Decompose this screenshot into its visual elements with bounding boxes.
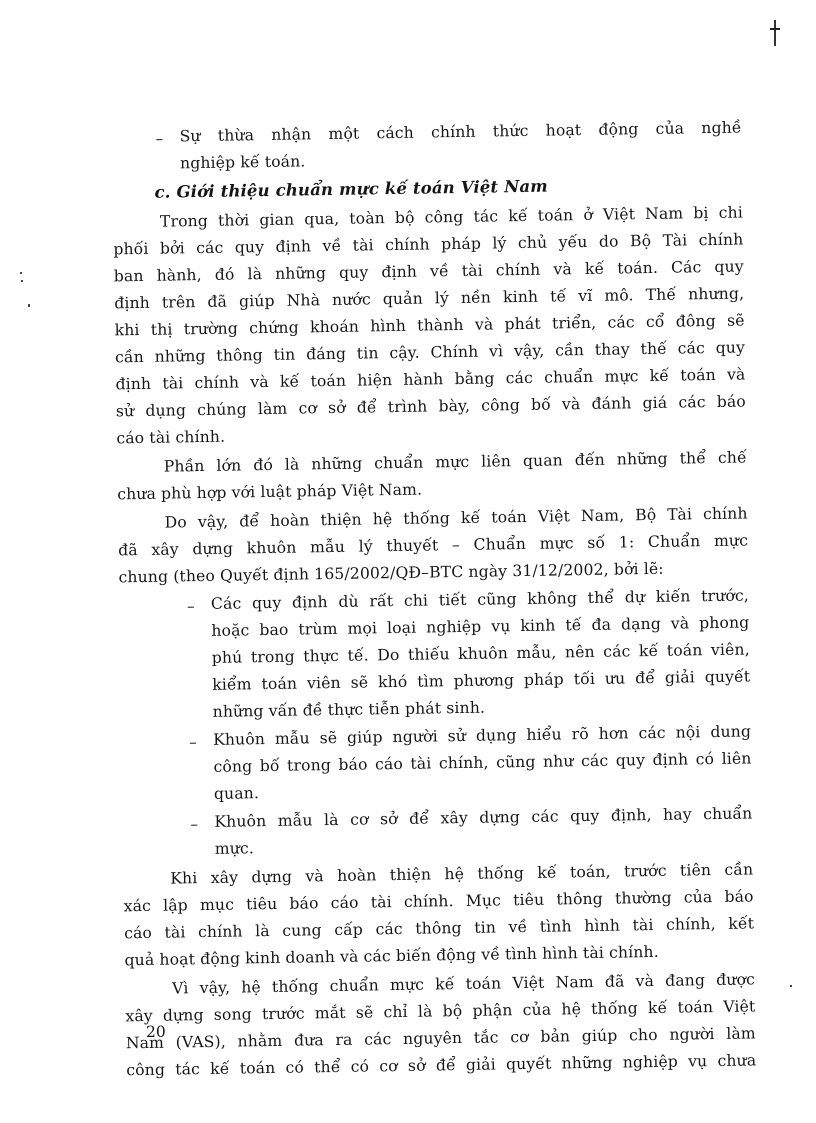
text-line: công tác kế toán có thể có cơ sở để giải…: [126, 1050, 756, 1080]
page-number: 20: [146, 1023, 166, 1041]
text-line: cáo tài chính là cung cấp các thông tin …: [124, 913, 754, 943]
text-line: đã xây dựng khuôn mẫu lý thuyết – Chuẩn …: [118, 530, 748, 560]
text-line: những vấn đề thực tiễn phát sinh.: [213, 698, 486, 722]
text-line: kiểm toán viên sẽ khó tìm phương pháp tố…: [212, 666, 750, 694]
page-content: – Sự thừa nhận một cách chính thức hoạt …: [0, 0, 816, 1123]
text-line: khi thị trường chứng khoán hình thành và…: [115, 311, 745, 341]
text-line: cần những thông tin đáng tin cậy. Chính …: [115, 338, 745, 368]
scan-speck: [21, 280, 23, 282]
text-line: Khi xây dựng và hoàn thiện hệ thống kế t…: [170, 859, 753, 888]
text-line: chung (theo Quyết định 165/2002/QĐ–BTC n…: [118, 559, 663, 588]
text-line: Phần lớn đó là những chuẩn mực liên quan…: [164, 447, 747, 476]
text-line: quan.: [214, 783, 259, 804]
book-page: – Sự thừa nhận một cách chính thức hoạt …: [0, 0, 816, 1123]
text-line: quả hoạt động kinh doanh và các biến độn…: [124, 942, 659, 970]
bullet-dash: –: [190, 814, 198, 834]
text-line: hoặc bao trùm mọi loại nghiệp vụ kinh tế…: [211, 612, 749, 640]
text-line: Trong thời gian qua, toàn bộ công tác kế…: [160, 203, 743, 232]
bullet-dash: –: [189, 732, 197, 752]
text-line: định trên đã giúp Nhà nước quản lý nền k…: [114, 284, 744, 314]
scan-speck: [28, 304, 30, 307]
text-line: phú trong thực tế. Do thiếu khuôn mẫu, n…: [212, 639, 750, 667]
bullet-dash: –: [187, 596, 195, 616]
scan-speck: [20, 272, 22, 274]
text-line: mực.: [215, 838, 254, 859]
section-heading: c. Giới thiệu chuẩn mực kế toán Việt Nam: [154, 177, 548, 203]
text-line: Vì vậy, hệ thống chuẩn mực kế toán Việt …: [172, 969, 755, 998]
text-line: định tài chính và kế toán hiện hành bằng…: [115, 364, 745, 394]
scan-speck: [790, 985, 792, 987]
text-line: Nam (VAS), nhằm đưa ra các nguyên tắc cơ…: [126, 1023, 756, 1053]
text-line: sử dụng chúng làm cơ sở để trình bày, cô…: [116, 391, 746, 421]
text-line: phối bởi các quy định về tài chính pháp …: [113, 230, 743, 260]
text-line: Sự thừa nhận một cách chính thức hoạt độ…: [179, 118, 741, 147]
text-line: chưa phù hợp với luật pháp Việt Nam.: [117, 480, 422, 505]
text-line: Khuôn mẫu sẽ giúp người sử dụng hiểu rõ …: [213, 721, 751, 749]
bullet-dash: –: [156, 129, 164, 149]
text-line: ban hành, đó là những quy định về tài ch…: [114, 257, 744, 287]
text-line: Khuôn mẫu là cơ sở để xây dựng các quy đ…: [214, 803, 752, 831]
text-line: Do vậy, để hoàn thiện hệ thống kế toán V…: [165, 503, 748, 532]
text-line: công bố trong báo cáo tài chính, cũng nh…: [213, 748, 751, 776]
text-line: xây dựng song trước mắt sẽ chỉ là bộ phậ…: [125, 996, 755, 1026]
text-line: cáo tài chính.: [116, 427, 225, 449]
text-line: xác lập mục tiêu báo cáo tài chính. Mục …: [124, 886, 754, 916]
text-line: nghiệp kế toán.: [180, 151, 306, 173]
text-line: Các quy định dù rất chi tiết cũng không …: [211, 585, 749, 613]
